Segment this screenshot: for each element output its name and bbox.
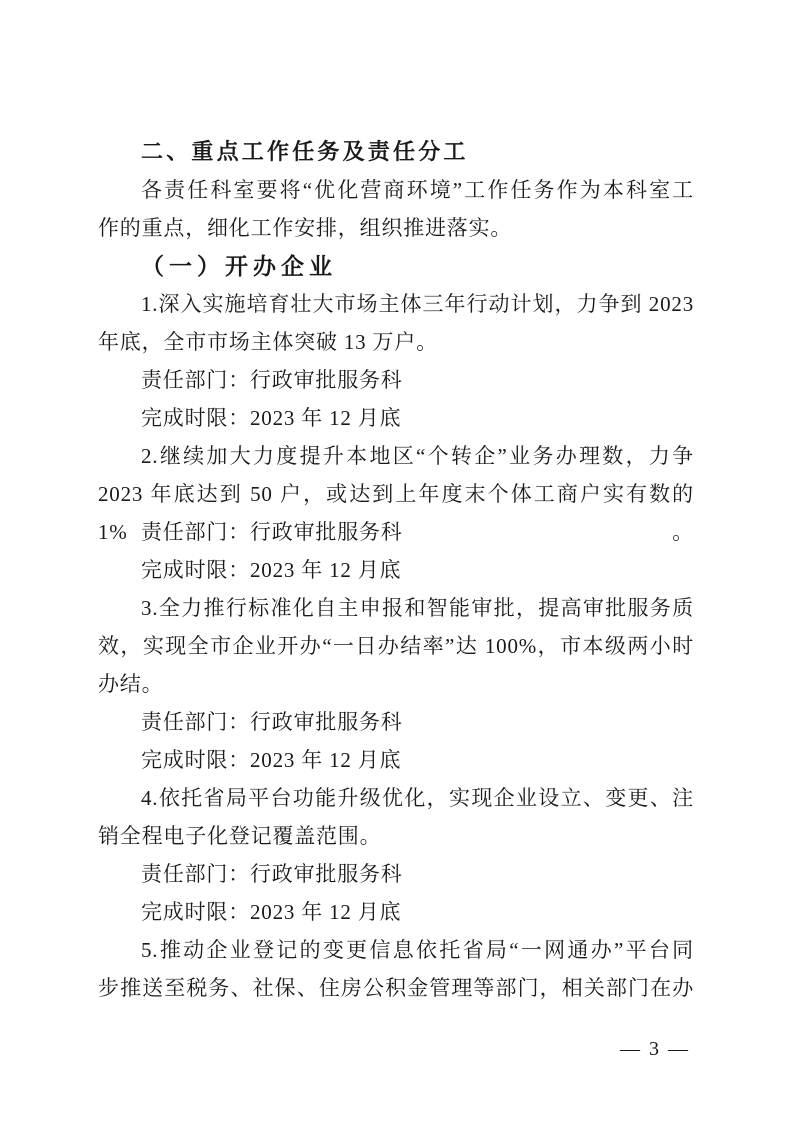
item1-line-2: 年底，全市市场主体突破 13 万户。 bbox=[98, 323, 694, 361]
item5-line-2: 步推送至税务、社保、住房公积金管理等部门，相关部门在办 bbox=[98, 969, 694, 1007]
page-number: — 3 — bbox=[620, 1038, 690, 1061]
item4-department: 责任部门：行政审批服务科 bbox=[98, 855, 694, 893]
item2-deadline: 完成时限：2023 年 12 月底 bbox=[98, 551, 694, 589]
item5-line-1: 5.推动企业登记的变更信息依托省局“一网通办”平台同 bbox=[98, 931, 694, 969]
item1-line-1: 1.深入实施培育壮大市场主体三年行动计划，力争到 2023 bbox=[98, 285, 694, 323]
item2-line-2: 2023 年底达到 50 户，或达到上年度末个体工商户实有数的 1%。 bbox=[98, 475, 694, 513]
section-heading: 二、重点工作任务及责任分工 bbox=[98, 133, 694, 171]
item3-line-3: 办结。 bbox=[98, 665, 694, 703]
subsection-heading: （一）开办企业 bbox=[98, 247, 694, 285]
document-page: 二、重点工作任务及责任分工 各责任科室要将“优化营商环境”工作任务作为本科室工 … bbox=[0, 0, 794, 1123]
item1-department: 责任部门：行政审批服务科 bbox=[98, 361, 694, 399]
item3-deadline: 完成时限：2023 年 12 月底 bbox=[98, 741, 694, 779]
item4-line-2: 销全程电子化登记覆盖范围。 bbox=[98, 817, 694, 855]
intro-line-1: 各责任科室要将“优化营商环境”工作任务作为本科室工 bbox=[98, 171, 694, 209]
item4-line-1: 4.依托省局平台功能升级优化，实现企业设立、变更、注 bbox=[98, 779, 694, 817]
intro-line-2: 作的重点，细化工作安排，组织推进落实。 bbox=[98, 209, 694, 247]
item2-line-1: 2.继续加大力度提升本地区“个转企”业务办理数，力争 bbox=[98, 437, 694, 475]
item4-deadline: 完成时限：2023 年 12 月底 bbox=[98, 893, 694, 931]
item3-department: 责任部门：行政审批服务科 bbox=[98, 703, 694, 741]
item3-line-1: 3.全力推行标准化自主申报和智能审批，提高审批服务质 bbox=[98, 589, 694, 627]
document-body: 二、重点工作任务及责任分工 各责任科室要将“优化营商环境”工作任务作为本科室工 … bbox=[98, 133, 694, 1007]
item1-deadline: 完成时限：2023 年 12 月底 bbox=[98, 399, 694, 437]
item3-line-2: 效，实现全市企业开办“一日办结率”达 100%，市本级两小时 bbox=[98, 627, 694, 665]
